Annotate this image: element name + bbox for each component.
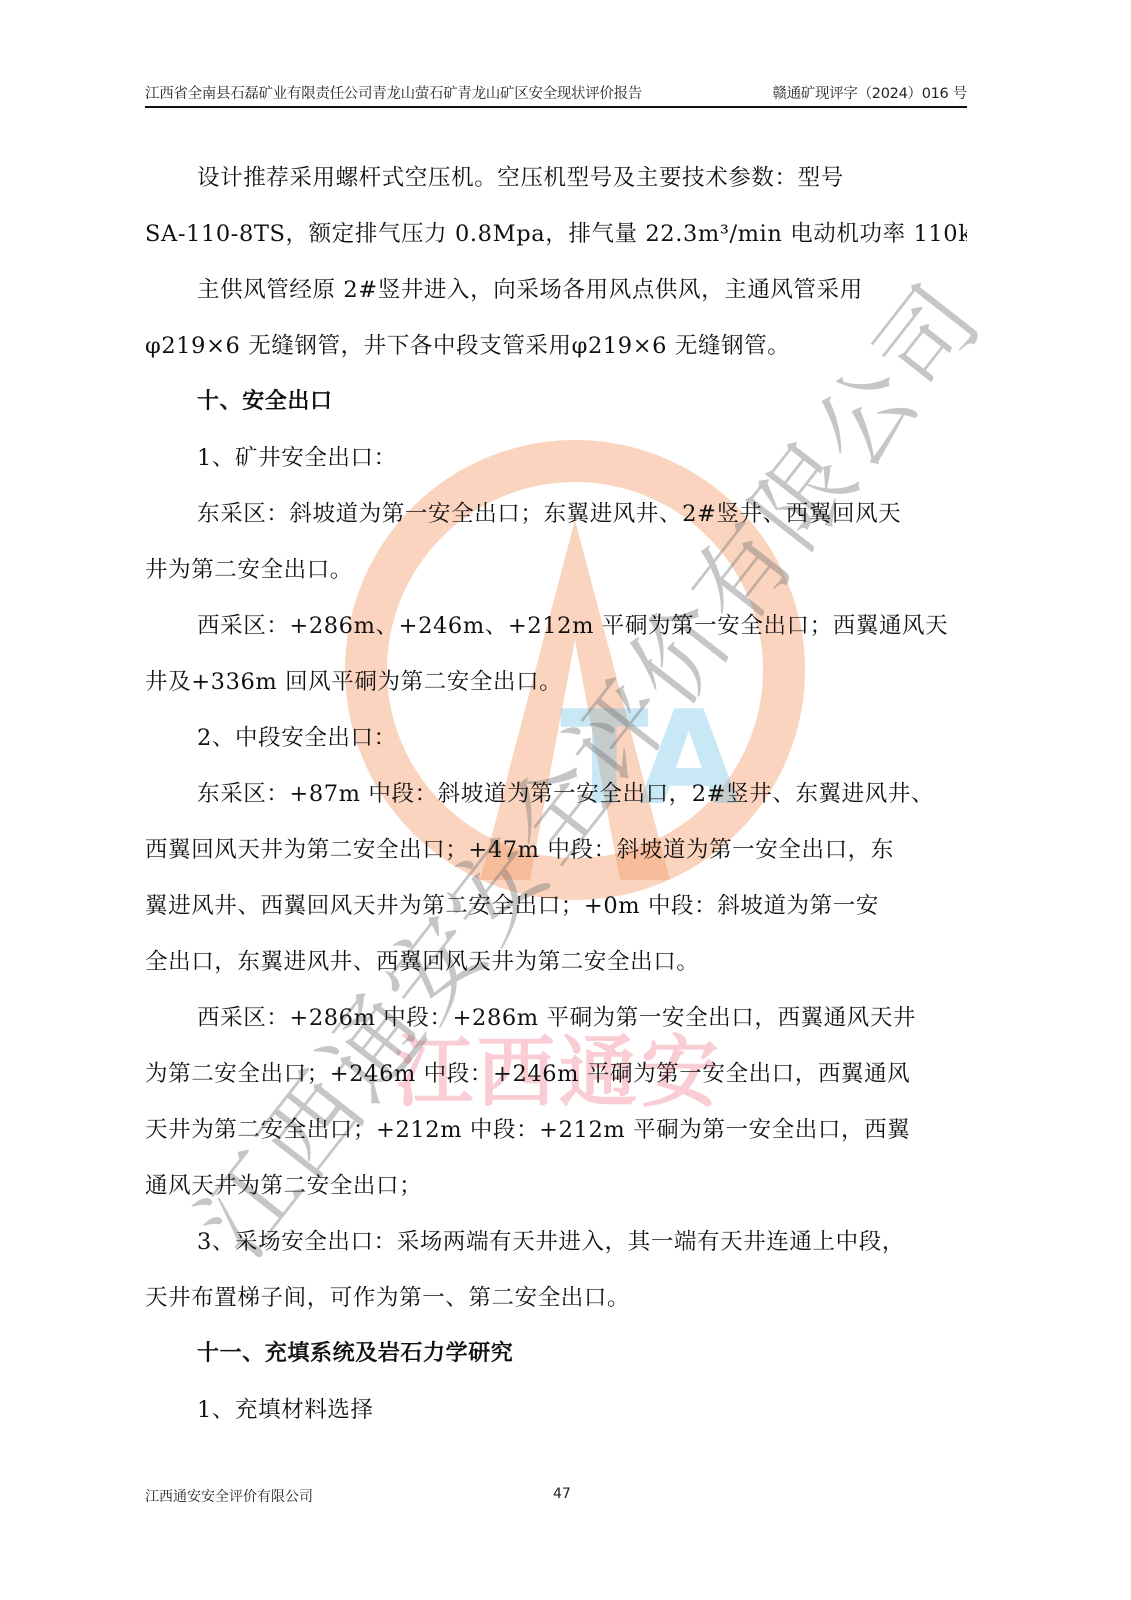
paragraph-line: 翼进风井、西翼回风天井为第二安全出口；+0m 中段：斜坡道为第一安 [145, 878, 967, 934]
section-heading: 十一、充填系统及岩石力学研究 [145, 1326, 967, 1382]
paragraph-line: 井为第二安全出口。 [145, 542, 967, 598]
paragraph-line: 井及+336m 回风平硐为第二安全出口。 [145, 654, 967, 710]
section-heading: 十、安全出口 [145, 374, 967, 430]
paragraph-line: 1、充填材料选择 [145, 1382, 967, 1438]
paragraph-line: 东采区：+87m 中段：斜坡道为第一安全出口，2#竖井、东翼进风井、 [145, 766, 967, 822]
document-number: 赣通矿现评字（2024）016 号 [772, 82, 967, 103]
header-divider [145, 106, 967, 108]
paragraph-line: 西采区：+286m 中段：+286m 平硐为第一安全出口，西翼通风天井 [145, 990, 967, 1046]
page-header: 江西省全南县石磊矿业有限责任公司青龙山萤石矿青龙山矿区安全现状评价报告 赣通矿现… [145, 80, 967, 104]
paragraph-line: SA-110-8TS，额定排气压力 0.8Mpa，排气量 22.3m³/min … [145, 206, 967, 262]
paragraph-line: 2、中段安全出口： [145, 710, 967, 766]
paragraph-line: 东采区：斜坡道为第一安全出口；东翼进风井、2#竖井、西翼回风天 [145, 486, 967, 542]
paragraph-line: 西采区：+286m、+246m、+212m 平硐为第一安全出口；西翼通风天 [145, 598, 967, 654]
paragraph-line: φ219×6 无缝钢管，井下各中段支管采用φ219×6 无缝钢管。 [145, 318, 967, 374]
report-title: 江西省全南县石磊矿业有限责任公司青龙山萤石矿青龙山矿区安全现状评价报告 [145, 82, 642, 103]
paragraph-line: 西翼回风天井为第二安全出口；+47m 中段：斜坡道为第一安全出口，东 [145, 822, 967, 878]
paragraph-line: 天井为第二安全出口；+212m 中段：+212m 平硐为第一安全出口，西翼 [145, 1102, 967, 1158]
document-body: 设计推荐采用螺杆式空压机。空压机型号及主要技术参数：型号SA-110-8TS，额… [145, 150, 967, 1438]
paragraph-line: 主供风管经原 2#竖井进入，向采场各用风点供风，主通风管采用 [145, 262, 967, 318]
paragraph-line: 天井布置梯子间，可作为第一、第二安全出口。 [145, 1270, 967, 1326]
paragraph-line: 通风天井为第二安全出口； [145, 1158, 967, 1214]
footer-company: 江西通安安全评价有限公司 [145, 1486, 313, 1506]
paragraph-line: 设计推荐采用螺杆式空压机。空压机型号及主要技术参数：型号 [145, 150, 967, 206]
paragraph-line: 3、采场安全出口：采场两端有天井进入，其一端有天井连通上中段， [145, 1214, 967, 1270]
paragraph-line: 1、矿井安全出口： [145, 430, 967, 486]
paragraph-line: 全出口，东翼进风井、西翼回风天井为第二安全出口。 [145, 934, 967, 990]
paragraph-line: 为第二安全出口；+246m 中段：+246m 平硐为第一安全出口，西翼通风 [145, 1046, 967, 1102]
page-number: 47 [553, 1486, 571, 1502]
